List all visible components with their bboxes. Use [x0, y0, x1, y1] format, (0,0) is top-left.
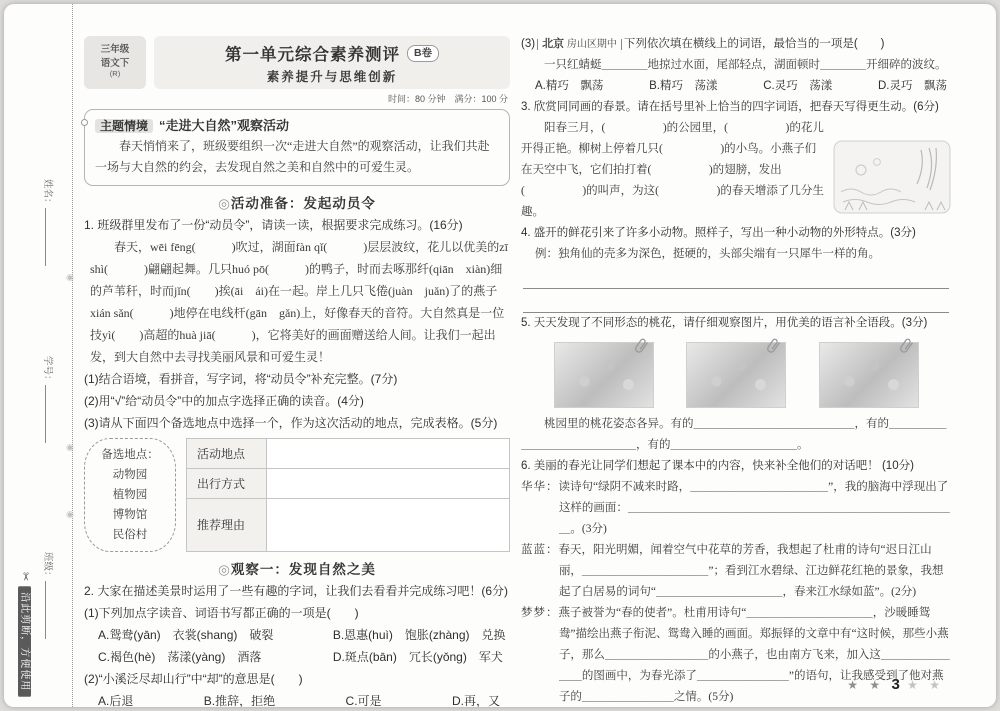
question-2-sub2: (2)“小溪泛尽却山行”中“却”的意思是( ) — [84, 668, 510, 690]
class-field: 班级： — [42, 552, 56, 639]
ring-icon: ◎ — [218, 562, 231, 577]
option-c: C.可是 — [346, 690, 382, 707]
question-2-sub2-options: A.后退 B.推辞，拒绝 C.可是 D.再，又 — [84, 690, 510, 707]
question-6-stem: 6. 美丽的春光让同学们想起了课本中的内容，快来补全他们的对话吧！ (10分) — [521, 456, 951, 477]
title-box: 第一单元综合素养测评 B卷 素养提升与思维创新 — [154, 36, 510, 89]
theme-corner-dot-icon — [81, 119, 88, 126]
option-b: B.恩惠(huì) 饱胀(zhàng) 兑换 — [333, 624, 510, 646]
ring-icon: ◎ — [218, 196, 231, 211]
binding-mark-icon: ◉ — [66, 442, 74, 453]
question-3-stem: 3. 欣赏同同画的春景。请在括号里补上恰当的四字词语，把春天写得更生动。(6分) — [521, 97, 951, 118]
binding-mark-icon: ◉ — [66, 272, 74, 283]
name-blank-line — [45, 208, 53, 266]
page-footer: ★ ★ 3 ★ ★ — [847, 676, 944, 693]
option-a: A.后退 — [98, 690, 133, 707]
option-b: B.推辞，拒绝 — [204, 690, 275, 707]
class-blank-line — [45, 581, 53, 639]
theme-box: 主题情境“走进大自然”观察活动 春天悄悄来了，班级要组织一次“走进大自然”的观察… — [84, 109, 510, 186]
left-column: 三年级 语文下 (R) 第一单元综合素养测评 B卷 素养提升与思维创新 时间：8… — [84, 36, 510, 707]
table-row-label: 活动地点 — [187, 439, 267, 468]
question-2-sub3-options: A.精巧 飘荡 B.精巧 荡漾 C.灵巧 荡漾 D.灵巧 飘荡 — [521, 76, 951, 97]
question-1-sub1: (1)结合语境，看拼音，写字词，将“动员令”补充完整。(7分) — [84, 368, 510, 390]
cut-dotted-line — [72, 4, 73, 707]
table-row: 活动地点 — [187, 439, 509, 469]
bubble-option: 博物馆 — [89, 505, 171, 525]
answer-blank-line — [523, 265, 949, 289]
option-c: C.灵巧 荡漾 — [763, 76, 832, 97]
dialogue-text: 读诗句“绿阴不减来时路，＿＿＿＿＿＿＿＿＿＿＿＿”，我的脑海中浮现出了这样的画面… — [559, 481, 950, 535]
question-1-stem: 1. 班级群里发布了一份“动员令”，请读一读，根据要求完成练习。(16分) — [84, 215, 510, 236]
peach-blossom-photos — [521, 342, 951, 408]
paper-subtitle: 素养提升与思维创新 — [154, 67, 510, 85]
question-2-sub1-options: A.鸳鸯(yān) 衣裳(shang) 破裂 B.恩惠(huì) 饱胀(zhàn… — [84, 624, 510, 668]
name-label: 姓名： — [42, 179, 53, 208]
footer-stars-right: ★ ★ — [907, 678, 944, 692]
question-2-sub1: (1)下列加点字读音、词语书写都正确的一项是( ) — [84, 602, 510, 624]
question-2-stem: 2. 大家在描述美景时运用了一些有趣的字词，让我们去看看并完成练习吧！(6分) — [84, 581, 510, 602]
paperclip-icon — [628, 332, 654, 359]
theme-title: “走进大自然”观察活动 — [159, 118, 289, 133]
answer-blank-line — [523, 289, 949, 313]
scissors-icon: ✂ — [19, 572, 31, 581]
table-row: 出行方式 — [187, 469, 509, 499]
table-answer-cell — [267, 439, 509, 468]
table-row-label: 推荐理由 — [187, 499, 267, 551]
option-a: A.精巧 飘荡 — [535, 76, 603, 97]
dialogue-lanlan: 蓝蓝：春天，阳光明媚，闻着空气中花草的芳香，我想起了杜甫的诗句“迟日江山丽，＿＿… — [521, 540, 951, 603]
paperclip-icon — [760, 332, 786, 359]
speaker-name: 梦梦： — [521, 607, 559, 619]
option-d: D.再，又 — [452, 690, 500, 707]
dialogue-text: 春天，阳光明媚，闻着空气中花草的芳香，我想起了杜甫的诗句“迟日江山丽，＿＿＿＿＿… — [559, 544, 944, 598]
question-4-stem: 4. 盛开的鲜花引来了许多小动物。照样子，写出一种小动物的外形特点。(3分) — [521, 223, 951, 244]
option-b: B.精巧 荡漾 — [649, 76, 717, 97]
test-paper-page: 姓名： ◉ 学号： ◉ ◉ 班级： ✂沿此剪断，方便使用 三年级 语文下 (R)… — [4, 4, 996, 707]
edition-label: (R) — [86, 69, 144, 78]
question-1-sub2: (2)用“√”给“动员令”中的加点字选择正确的读音。(4分) — [84, 390, 510, 412]
name-field: 姓名： — [42, 179, 56, 266]
volume-badge: B卷 — [407, 45, 439, 62]
time-score-meta: 时间：80 分钟 满分：100 分 — [84, 92, 508, 105]
paperclip-icon — [893, 332, 919, 359]
table-answer-cell — [267, 499, 509, 551]
question-2-sub3-stem: (3)北京 房山区期中下列依次填在横线上的词语，最恰当的一项是( ) — [521, 34, 951, 55]
source-tag: 北京 房山区期中 — [537, 39, 622, 50]
paper-header: 三年级 语文下 (R) 第一单元综合素养测评 B卷 素养提升与思维创新 — [84, 36, 510, 89]
bubble-title: 备选地点： — [89, 445, 171, 465]
peach-blossom-photo — [686, 342, 786, 408]
theme-badge: 主题情境 — [95, 119, 153, 133]
binding-mark-icon: ◉ — [66, 509, 74, 520]
question-5-stem: 5. 天天发现了不同形态的桃花，请仔细观察图片，用优美的语言补全语段。(3分) — [521, 313, 951, 334]
bubble-option: 动物园 — [89, 465, 171, 485]
student-id-blank-line — [45, 385, 53, 443]
grade-label: 三年级 — [86, 41, 144, 55]
speaker-name: 华华： — [521, 481, 559, 493]
section-heading-preparation: ◎活动准备：发起动员令 — [84, 192, 510, 212]
speaker-name: 蓝蓝： — [521, 544, 559, 556]
peach-blossom-photo — [554, 342, 654, 408]
activity-table: 活动地点 出行方式 推荐理由 — [186, 438, 510, 552]
subject-label: 语文下 — [86, 55, 144, 69]
option-a: A.鸳鸯(yān) 衣裳(shang) 破裂 — [98, 624, 333, 646]
question-4-example: 例：独角仙的壳多为深色，挺硬的，头部尖端有一只犀牛一样的角。 — [521, 244, 951, 265]
table-row-label: 出行方式 — [187, 469, 267, 498]
page-number: 3 — [891, 676, 899, 693]
question-3-block: 3. 欣赏同同画的春景。请在括号里补上恰当的四字词语，把春天写得更生动。(6分)… — [521, 97, 951, 223]
paper-title: 第一单元综合素养测评 — [225, 41, 400, 65]
spring-scene-illustration — [833, 140, 951, 214]
option-d: D.灵巧 飘荡 — [878, 76, 947, 97]
student-id-label: 学号： — [42, 356, 53, 385]
cut-instruction: ✂沿此剪断，方便使用 — [19, 572, 34, 699]
candidate-locations-bubble: 备选地点： 动物园 植物园 博物馆 民俗村 — [84, 438, 176, 552]
dialogue-huahua: 华华：读诗句“绿阴不减来时路，＿＿＿＿＿＿＿＿＿＿＿＿”，我的脑海中浮现出了这样… — [521, 477, 951, 540]
peach-blossom-photo — [819, 342, 919, 408]
option-c: C.褐色(hè) 荡漾(yàng) 酒落 — [98, 646, 333, 668]
question-1-passage: 春天，wēi fēng( )吹过，湖面fàn qǐ( )层层波纹，花儿以优美的z… — [84, 236, 510, 368]
section-heading-observation-1: ◎观察一：发现自然之美 — [84, 558, 510, 578]
bubble-option: 民俗村 — [89, 525, 171, 545]
question-5-completion: 桃园里的桃花姿态各异。有的＿＿＿＿＿＿＿＿＿＿＿＿＿＿，有的＿＿＿＿＿＿＿＿＿＿… — [521, 414, 951, 456]
location-choice-block: 备选地点： 动物园 植物园 博物馆 民俗村 活动地点 出行方式 推荐理由 — [84, 438, 510, 552]
theme-body: 春天悄悄来了，班级要组织一次“走进大自然”的观察活动，让我们共赴一场与大自然的约… — [95, 136, 499, 178]
bubble-option: 植物园 — [89, 485, 171, 505]
student-id-field: 学号： — [42, 356, 56, 443]
question-1-sub3: (3)请从下面四个备选地点中选择一个，作为这次活动的地点，完成表格。(5分) — [84, 412, 510, 434]
question-2-sub3-sentence: 一只红蜻蜓＿＿＿＿地掠过水面，尾部轻点，湖面顿时＿＿＿＿开细碎的波纹。 — [521, 55, 951, 76]
footer-stars-left: ★ ★ — [847, 678, 884, 692]
option-d: D.斑点(bān) 冗长(yǒng) 军犬 — [333, 646, 510, 668]
table-answer-cell — [267, 469, 509, 498]
table-row: 推荐理由 — [187, 499, 509, 551]
right-column: (3)北京 房山区期中下列依次填在横线上的词语，最恰当的一项是( ) 一只红蜻蜓… — [521, 34, 951, 707]
cut-instruction-label: 沿此剪断，方便使用 — [18, 586, 31, 697]
grade-box: 三年级 语文下 (R) — [84, 36, 146, 89]
class-label: 班级： — [42, 552, 53, 581]
